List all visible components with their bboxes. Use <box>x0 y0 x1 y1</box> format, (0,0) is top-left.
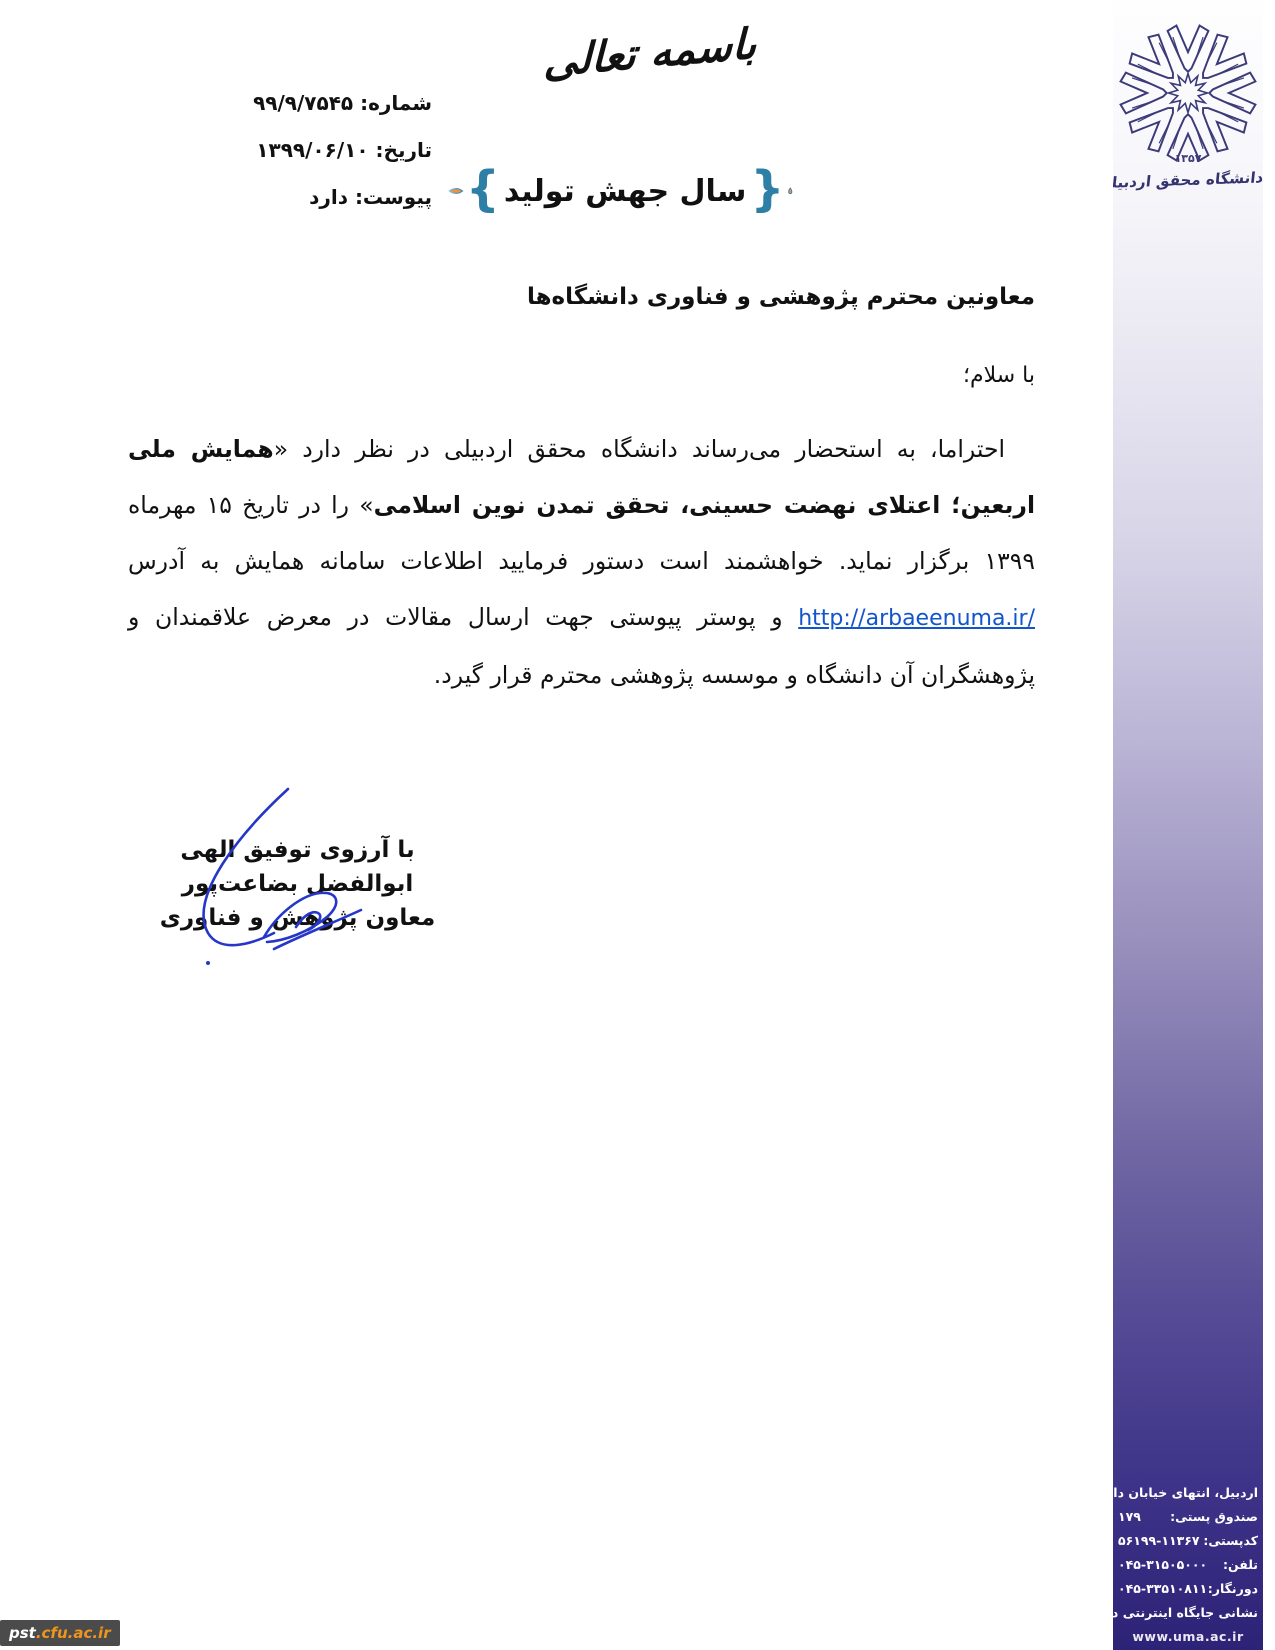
contact-phone-value: ۰۴۵-۳۱۵۰۵۰۰۰ <box>1118 1557 1207 1572</box>
meta-number-label: شماره: <box>360 91 432 115</box>
contact-fax: دورنگار: ۰۴۵-۳۳۵۱۰۸۱۱ <box>1118 1581 1258 1596</box>
contact-postcode-label: کدپستی: <box>1203 1533 1258 1548</box>
leaf-ornament-icon <box>448 174 464 208</box>
letter-body-paragraph: احتراما، به استحضار می‌رساند دانشگاه محق… <box>128 421 1035 703</box>
bismillah-calligraphy: باسمه تعالی <box>535 18 765 87</box>
contact-address: اردبیل، انتهای خیابان دانشگاه <box>1118 1485 1258 1500</box>
university-emblem-icon <box>1117 18 1259 168</box>
university-logo: ۱۳۵۷ دانشگاه محقق اردبیلی <box>1113 18 1263 189</box>
letter-page: شماره: ۹۹/۹/۷۵۴۵ تاریخ: ۱۳۹۹/۰۶/۱۰ پیوست… <box>0 0 1275 1650</box>
meta-attachment-label: پیوست: <box>355 185 432 209</box>
watermark-badge: pst.cfu.ac.ir <box>0 1620 120 1646</box>
sidebar-banner: ۱۳۵۷ دانشگاه محقق اردبیلی اردبیل، انتهای… <box>1113 0 1263 1650</box>
greeting-line: با سلام؛ <box>128 363 1035 388</box>
contact-fax-label: دورنگار: <box>1208 1581 1258 1596</box>
meta-date-label: تاریخ: <box>376 138 432 162</box>
contact-pobox-value: ۱۷۹ <box>1118 1509 1141 1524</box>
contact-web-label: نشانی جایگاه اینترنتی دانشگاه <box>1118 1605 1258 1620</box>
meta-date-value: ۱۳۹۹/۰۶/۱۰ <box>256 138 368 162</box>
contact-phone-label: تلفن: <box>1223 1557 1258 1572</box>
letter-meta: شماره: ۹۹/۹/۷۵۴۵ تاریخ: ۱۳۹۹/۰۶/۱۰ پیوست… <box>140 80 432 221</box>
watermark-prefix: pst <box>9 1624 36 1642</box>
watermark-suffix: .cfu.ac.ir <box>36 1624 111 1642</box>
recipient-line: معاونین محترم پژوهشی و فناوری دانشگاه‌ها <box>128 284 1035 310</box>
signatory-title: معاون پژوهش و فناوری <box>130 901 465 935</box>
meta-attachment-value: دارد <box>309 185 348 209</box>
contact-website: www.uma.ac.ir <box>1118 1629 1258 1644</box>
contact-fax-value: ۰۴۵-۳۳۵۱۰۸۱۱ <box>1118 1581 1207 1596</box>
contact-postcode: کدپستی: ۵۶۱۹۹-۱۱۳۶۷ <box>1118 1533 1258 1548</box>
contact-pobox: صندوق پستی: ۱۷۹ <box>1118 1509 1258 1524</box>
slogan-close-brace-icon: } <box>750 165 784 213</box>
logo-year: ۱۳۵۷ <box>1113 152 1263 165</box>
slogan-open-brace-icon: { <box>466 165 500 213</box>
contact-block: اردبیل، انتهای خیابان دانشگاه صندوق پستی… <box>1113 1485 1263 1644</box>
logo-university-name: دانشگاه محقق اردبیلی <box>1113 168 1263 191</box>
signature-block: با آرزوی توفیق الهی ابوالفضل بضاعت‌پور م… <box>130 833 465 935</box>
meta-number-value: ۹۹/۹/۷۵۴۵ <box>253 91 353 115</box>
contact-phone: تلفن: ۰۴۵-۳۱۵۰۵۰۰۰ <box>1118 1557 1258 1572</box>
meta-number: شماره: ۹۹/۹/۷۵۴۵ <box>140 80 432 127</box>
bud-ornament-icon <box>787 176 794 206</box>
signature-closing: با آرزوی توفیق الهی <box>130 833 465 867</box>
conference-url-link[interactable]: http://arbaeenuma.ir/ <box>798 606 1035 631</box>
slogan-text: سال جهش تولید <box>502 174 748 209</box>
body-text-1: احتراما، به استحضار می‌رساند دانشگاه محق… <box>274 435 1005 463</box>
signatory-name: ابوالفضل بضاعت‌پور <box>130 867 465 901</box>
meta-attachment: پیوست: دارد <box>140 174 432 221</box>
contact-pobox-label: صندوق پستی: <box>1170 1509 1258 1524</box>
contact-postcode-value: ۵۶۱۹۹-۱۱۳۶۷ <box>1118 1533 1199 1548</box>
slogan-banner: { سال جهش تولید } <box>448 160 793 222</box>
meta-date: تاریخ: ۱۳۹۹/۰۶/۱۰ <box>140 127 432 174</box>
